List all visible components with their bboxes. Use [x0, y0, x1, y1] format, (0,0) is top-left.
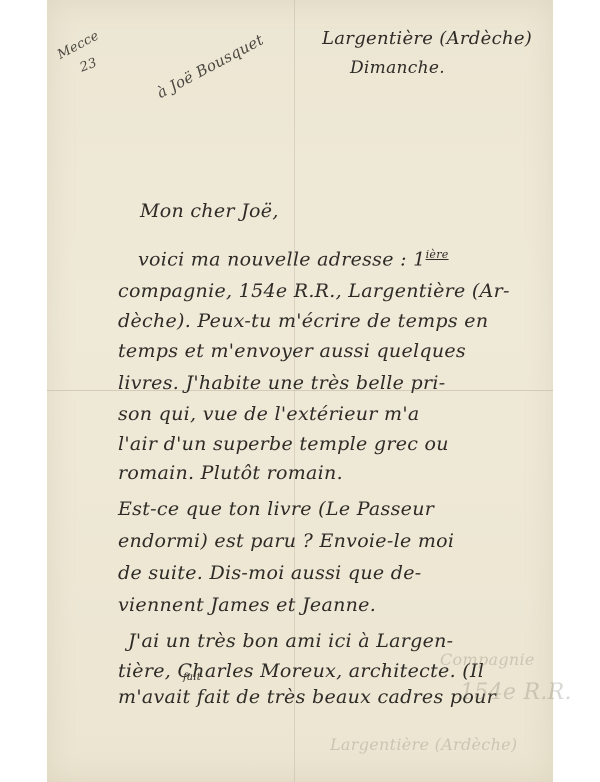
body-line: compagnie, 154e R.R., Largentière (Ar-: [118, 280, 510, 302]
bleed-through-text: Largentière (Ardèche): [330, 735, 517, 754]
body-line: Est-ce que ton livre (Le Passeur: [118, 498, 434, 520]
body-line: dèche). Peux-tu m'écrire de temps en: [118, 310, 488, 332]
body-line: endormi) est paru ? Envoie-le moi: [118, 530, 454, 552]
bleed-through-text: 154e R.R.: [460, 680, 572, 705]
body-line: de suite. Dis-moi aussi que de-: [118, 562, 422, 584]
superscript: ière: [426, 248, 449, 261]
salutation: Mon cher Joë,: [140, 200, 279, 222]
body-line: l'air d'un superbe temple grec ou: [118, 433, 449, 455]
letter-day: Dimanche.: [350, 58, 445, 78]
body-line: romain. Plutôt romain.: [118, 462, 343, 484]
body-line: livres. J'habite une très belle pri-: [118, 372, 446, 394]
body-line-text: voici ma nouvelle adresse : 1: [138, 248, 426, 270]
body-line: son qui, vue de l'extérieur m'a: [118, 403, 420, 425]
body-line: voici ma nouvelle adresse : 1ière: [138, 248, 449, 270]
body-line: J'ai un très bon ami ici à Largen-: [128, 630, 453, 652]
body-line: viennent James et Jeanne.: [118, 594, 376, 616]
bleed-through-text: Compagnie: [440, 650, 535, 669]
insertion-note: fait: [183, 672, 201, 683]
body-line: m'avait fait de très beaux cadres pour: [118, 686, 496, 708]
letter-place: Largentière (Ardèche): [322, 28, 532, 49]
body-line: tière, Charles Moreux, architecte. (Il: [118, 660, 484, 682]
body-line: temps et m'envoyer aussi quelques: [118, 340, 466, 362]
